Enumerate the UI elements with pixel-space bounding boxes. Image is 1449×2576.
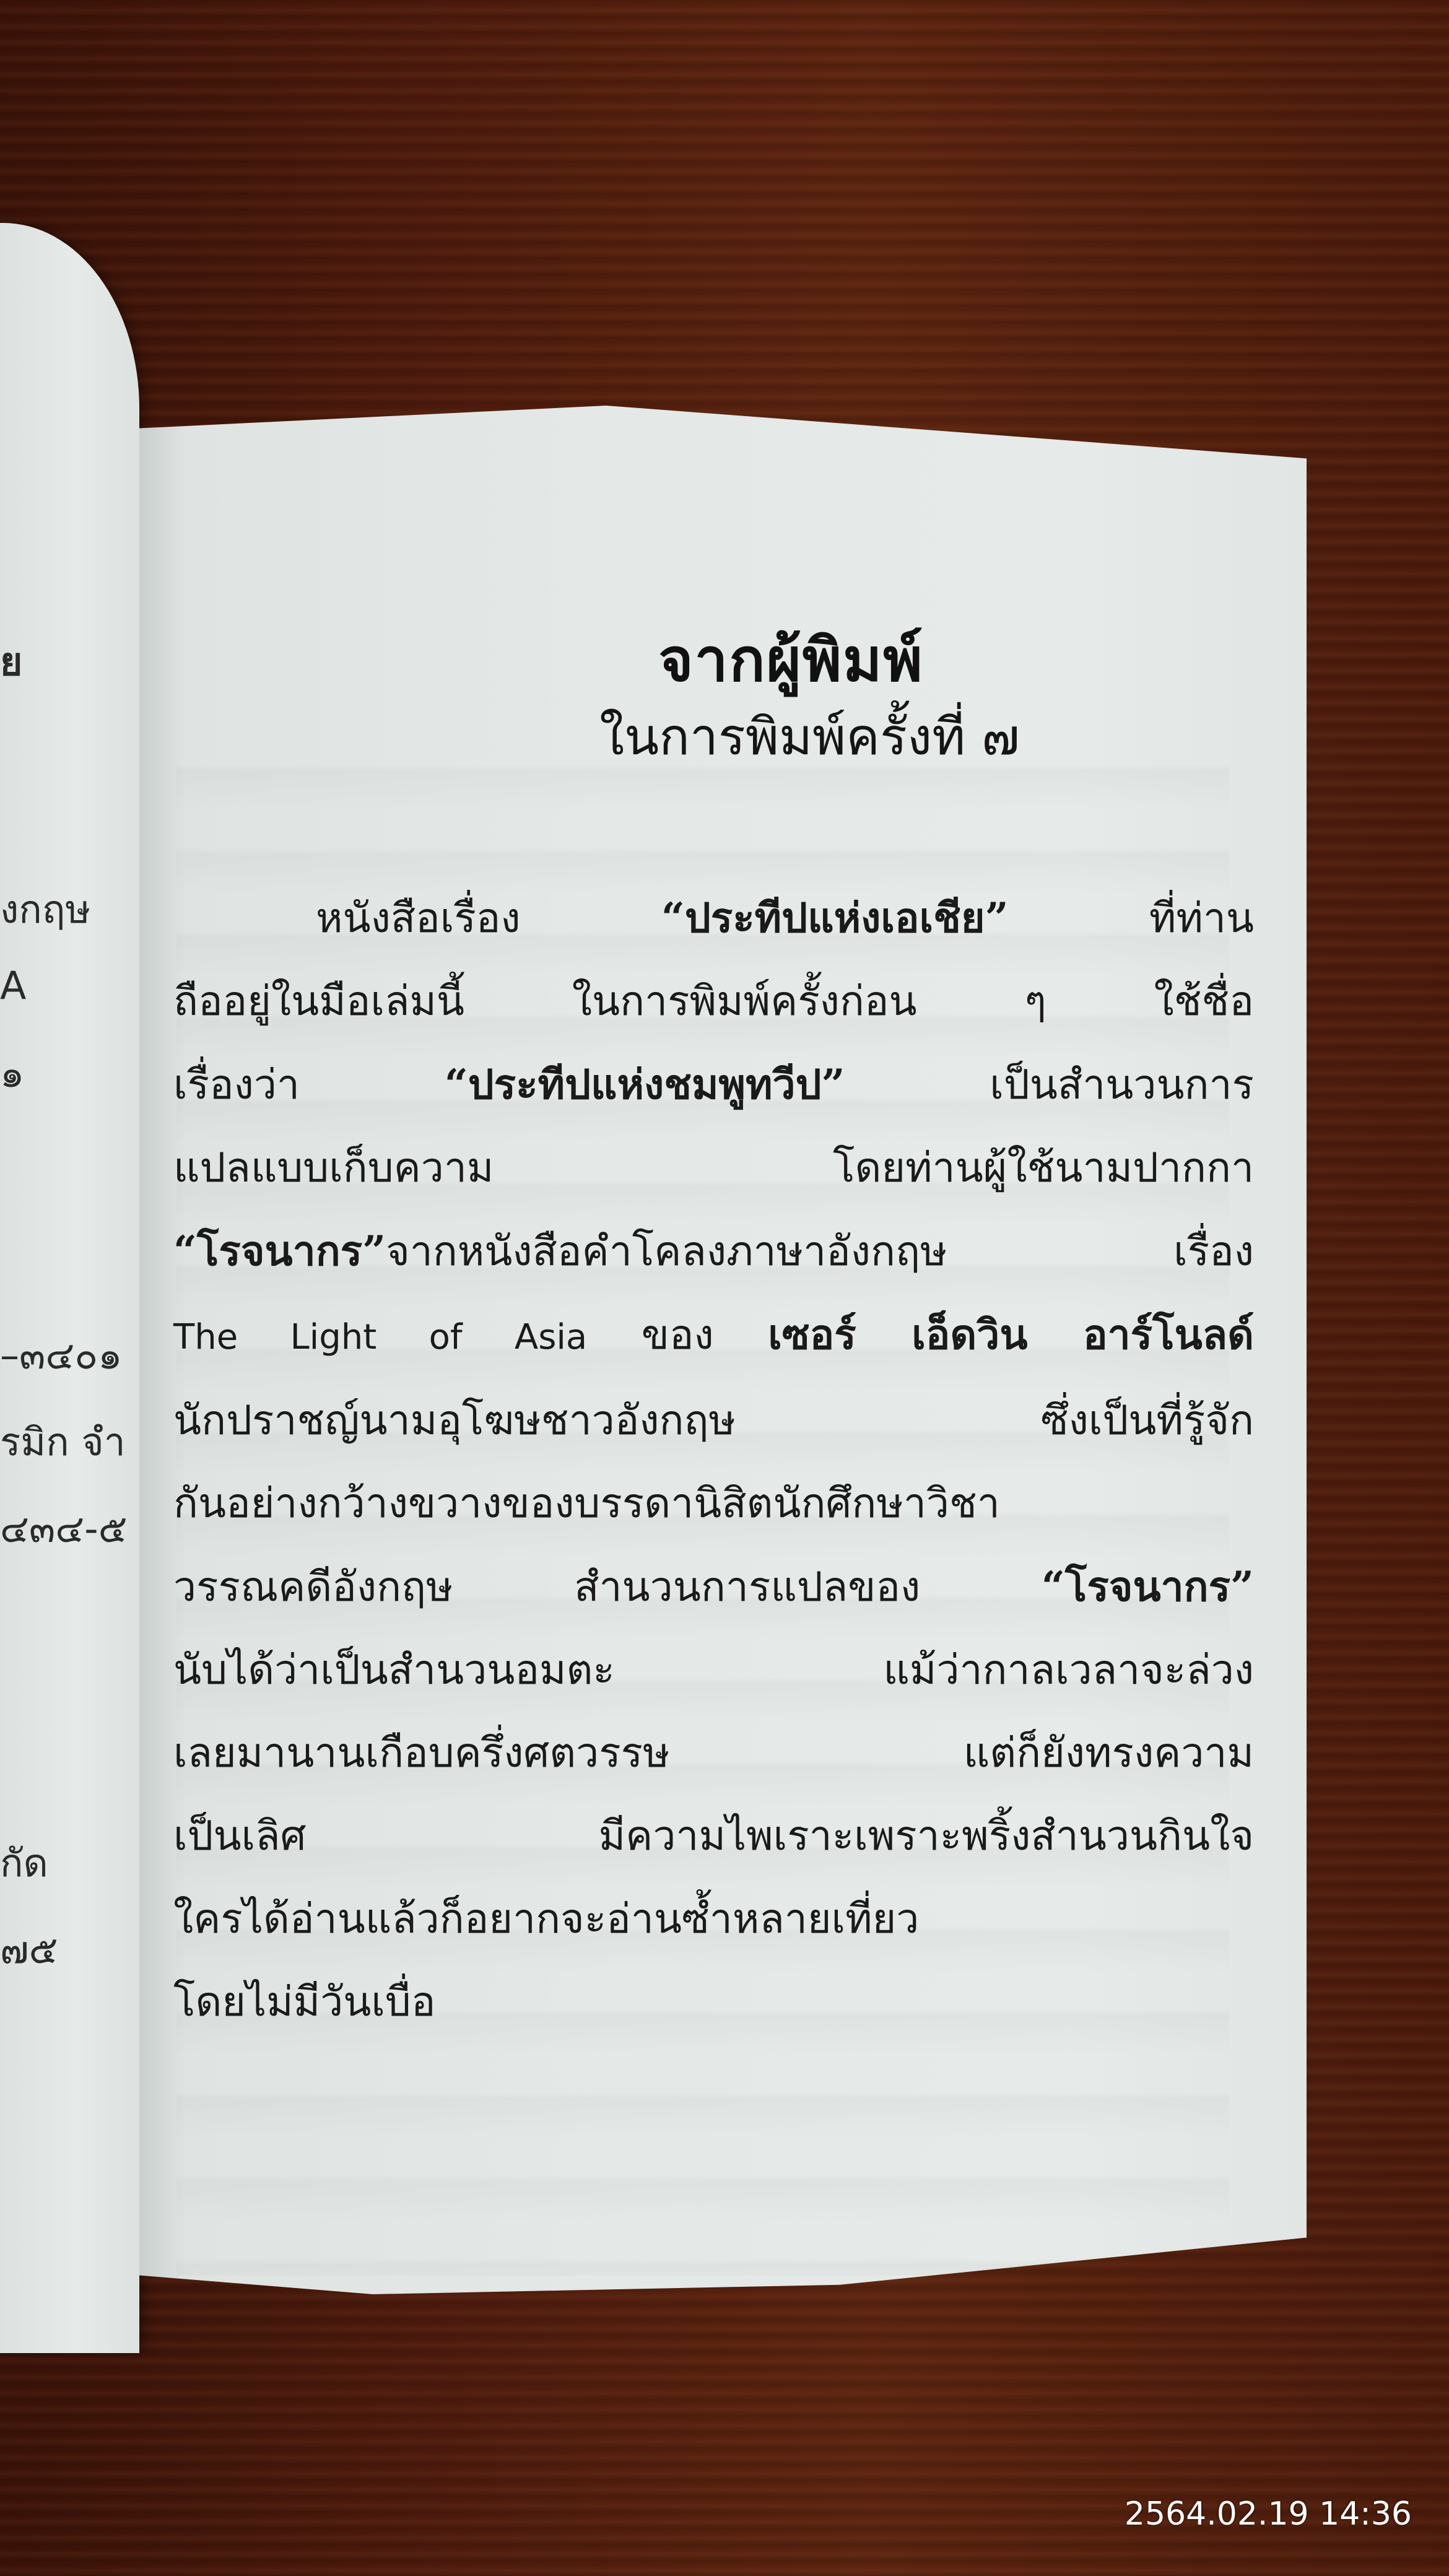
bold-phrase: “โรจนากร”	[1042, 1562, 1254, 1611]
left-page: ยงกฤษA๑–๓๔๐๑รมิก จํา๔๓๔-๕กัด๗๕	[0, 223, 139, 2353]
body-line: โดยไม่มีวันเบื่อ	[173, 1960, 1254, 2043]
left-page-text-fragment: รมิก จํา	[0, 1412, 126, 1473]
body-line: The Light of Asia ของ เซอร์ เอ็ดวิน อาร์…	[173, 1293, 1254, 1379]
text-run: เป็นสำนวนการ	[845, 1061, 1254, 1108]
text-run: หนังสือเรื่อง	[316, 894, 661, 942]
body-line: หนังสือเรื่อง “ประทีปแห่งเอเชีย” ที่ท่าน	[173, 876, 1254, 960]
left-page-text-fragment: ๑	[0, 1043, 24, 1104]
body-line: เลยมานานเกือบครึ่งศตวรรษ แต่ก็ยังทรงความ	[173, 1712, 1254, 1795]
left-page-text-fragment: ๔๓๔-๕	[0, 1499, 128, 1559]
left-page-text-fragment: –๓๔๐๑	[0, 1325, 123, 1386]
text-run: ที่ท่าน	[1009, 894, 1254, 942]
text-run: วรรณคดีอังกฤษ สำนวนการแปลของ	[173, 1563, 1042, 1611]
body-line: แปลแบบเก็บความ โดยท่านผู้ใช้นามปากกา	[173, 1126, 1254, 1209]
text-run: นักปราชญ์นามอุโฆษชาวอังกฤษ ซึ่งเป็นที่รู…	[173, 1396, 1254, 1444]
photo-timestamp: 2564.02.19 14:36	[1125, 2495, 1412, 2533]
text-run: โดยไม่มีวันเบื่อ	[173, 1978, 435, 2026]
text-run: นับได้ว่าเป็นสำนวนอมตะ แม้ว่ากาลเวลาจะล่…	[173, 1646, 1254, 1694]
bold-phrase: เซอร์ เอ็ดวิน อาร์โนลด์	[768, 1310, 1254, 1359]
text-run: ของ	[587, 1311, 768, 1359]
text-run: ถืออยู่ในมือเล่มนี้ ในการพิมพ์ครั้งก่อน …	[173, 977, 1254, 1025]
text-run: กันอย่างกว้างขวางของบรรดานิสิตนักศึกษาวิ…	[173, 1479, 1000, 1527]
body-paragraph: หนังสือเรื่อง “ประทีปแห่งเอเชีย” ที่ท่าน…	[173, 876, 1254, 2043]
text-run: เป็นเลิศ มีความไพเราะเพราะพริ้งสำนวนกินใ…	[173, 1812, 1254, 1860]
text-run: จากหนังสือคำโคลงภาษาอังกฤษ เรื่อง	[386, 1227, 1254, 1275]
left-page-text-fragment: กัด	[0, 1833, 48, 1894]
bold-phrase: “ประทีปแห่งชมพูทวีป”	[445, 1060, 845, 1108]
page-title: จากผู้พิมพ์	[139, 613, 1307, 707]
body-line: ถืออยู่ในมือเล่มนี้ ในการพิมพ์ครั้งก่อน …	[173, 960, 1254, 1043]
body-line: วรรณคดีอังกฤษ สำนวนการแปลของ “โรจนากร”	[173, 1545, 1254, 1629]
text-run: แปลแบบเก็บความ โดยท่านผู้ใช้นามปากกา	[173, 1144, 1254, 1191]
left-page-text-fragment: ๗๕	[0, 1920, 58, 1980]
text-run: The Light of Asia	[173, 1317, 587, 1357]
body-line: นับได้ว่าเป็นสำนวนอมตะ แม้ว่ากาลเวลาจะล่…	[173, 1629, 1254, 1712]
left-page-text-fragment: งกฤษ	[0, 879, 90, 940]
body-line: เป็นเลิศ มีความไพเราะเพราะพริ้งสำนวนกินใ…	[173, 1795, 1254, 1878]
body-line: กันอย่างกว้างขวางของบรรดานิสิตนักศึกษาวิ…	[173, 1462, 1254, 1545]
text-run: เรื่องว่า	[173, 1061, 445, 1108]
page-subtitle: ในการพิมพ์ครั้งที่ ๗	[139, 697, 1307, 777]
body-line: “โรจนากร”จากหนังสือคำโคลงภาษาอังกฤษ เรื่…	[173, 1209, 1254, 1293]
body-line: เรื่องว่า “ประทีปแห่งชมพูทวีป” เป็นสำนวน…	[173, 1043, 1254, 1126]
bold-phrase: “ประทีปแห่งเอเชีย”	[661, 894, 1009, 942]
body-line: ใครได้อ่านแล้วก็อยากจะอ่านซ้ำหลายเที่ยว	[173, 1878, 1254, 1960]
right-page: จากผู้พิมพ์ ในการพิมพ์ครั้งที่ ๗ หนังสือ…	[139, 406, 1307, 2294]
left-page-text-fragment: ย	[0, 632, 22, 692]
body-line: นักปราชญ์นามอุโฆษชาวอังกฤษ ซึ่งเป็นที่รู…	[173, 1379, 1254, 1462]
left-page-text-fragment: A	[0, 963, 26, 1008]
bold-phrase: “โรจนากร”	[173, 1227, 386, 1275]
text-run: ใครได้อ่านแล้วก็อยากจะอ่านซ้ำหลายเที่ยว	[173, 1895, 919, 1943]
text-run: เลยมานานเกือบครึ่งศตวรรษ แต่ก็ยังทรงความ	[173, 1729, 1254, 1777]
